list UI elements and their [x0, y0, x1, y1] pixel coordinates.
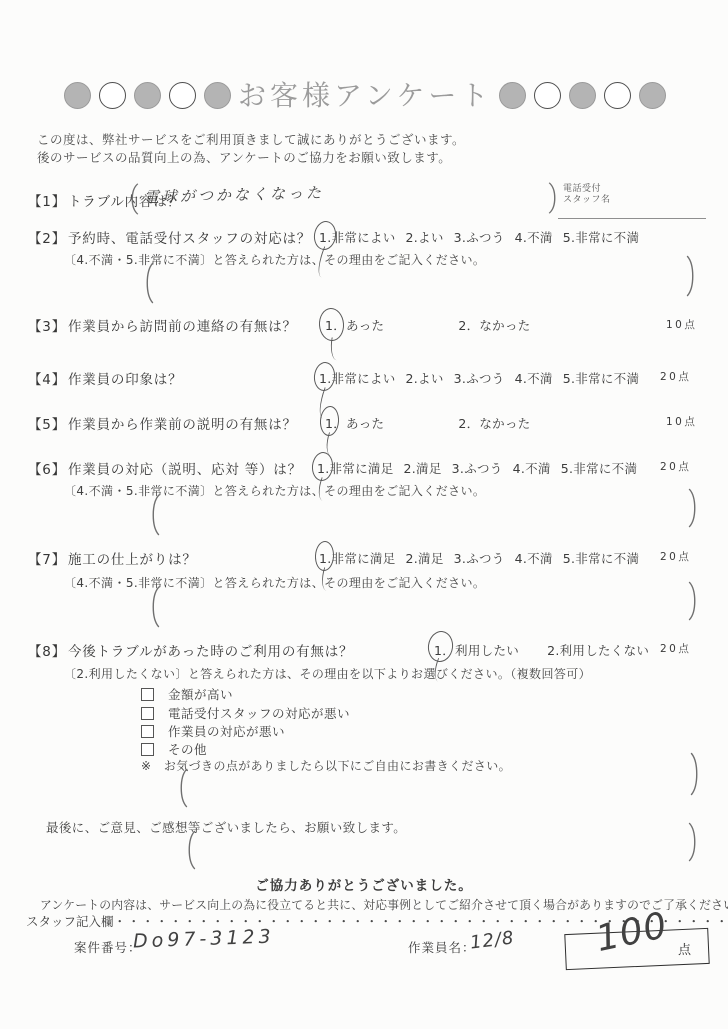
staff-entry-label: スタッフ記入欄: [26, 914, 114, 929]
question-3-text: 作業員から訪問前の連絡の有無は？: [68, 319, 297, 335]
survey-form-page: お客様アンケート この度は、弊社サービスをご利用頂きまして誠にありがとうございま…: [0, 0, 728, 1029]
checkbox-icon: [141, 707, 154, 720]
thanks-text: ご協力ありがとうございました。: [0, 874, 728, 894]
checkbox-label: 作業員の対応が悪い: [168, 722, 285, 740]
option: 5.非常に不満: [563, 369, 640, 387]
close-paren-icon: [690, 752, 702, 796]
question-4-number: 【4】: [28, 372, 66, 388]
option: 2.満足: [406, 549, 444, 567]
open-paren-icon: [148, 586, 160, 628]
option: 2．なかった: [458, 316, 530, 334]
case-number-label: 案件番号：: [74, 938, 142, 956]
close-paren-icon: [686, 255, 698, 297]
checkbox-row-other: その他: [141, 740, 207, 758]
case-number-handwritten: Do97-3123: [133, 926, 275, 953]
option: 4.不満: [515, 228, 553, 246]
decorative-dot-icon: [169, 82, 196, 109]
header-decoration-right: [499, 82, 666, 109]
final-request-text: 最後に、ご意見、ご感想等ございましたら、お願い致します。: [46, 818, 406, 836]
close-paren-icon: [688, 822, 700, 862]
question-5-options: 1．あった 2．なかった: [325, 414, 541, 432]
question-3-number: 【3】: [28, 319, 66, 335]
staff-label-line2: スタッフ名: [563, 195, 611, 206]
option: 5.非常に不満: [561, 459, 638, 477]
question-3-options: 1．あった 2．なかった: [325, 316, 541, 334]
score-unit-label: 点: [678, 939, 691, 958]
page-title: お客様アンケート: [238, 74, 492, 114]
question-6: 【6】作業員の対応（説明、応対 等）は？: [28, 458, 302, 478]
decorative-dot-icon: [569, 82, 596, 109]
staff-label-line1: 電話受付: [563, 184, 611, 195]
option: 2.よい: [406, 369, 444, 387]
question-6-note: 〔4.不満・5.非常に不満〕と答えられた方は、その理由をご記入ください。: [64, 482, 485, 499]
question-7-number: 【7】: [28, 552, 66, 568]
question-7-text: 施工の仕上がりは？: [68, 552, 197, 568]
question-6-number: 【6】: [28, 462, 66, 478]
option: 2．なかった: [458, 414, 530, 432]
decorative-dot-icon: [134, 82, 161, 109]
question-2-text: 予約時、電話受付スタッフの対応は？: [68, 231, 311, 247]
staff-name-blank-line: [558, 218, 706, 219]
disclaimer-text: アンケートの内容は、サービス向上の為に役立てると共に、対応事例としてご紹介させて…: [40, 896, 728, 913]
question-2-number: 【2】: [28, 231, 66, 247]
option: 3.ふつう: [454, 228, 505, 246]
question-5: 【5】作業員から作業前の説明の有無は？: [28, 413, 297, 433]
intro-line-1: この度は、弊社サービスをご利用頂きまして誠にありがとうございます。: [37, 131, 465, 149]
handwritten-circle-mark: [313, 361, 337, 392]
question-5-text: 作業員から作業前の説明の有無は？: [68, 417, 297, 433]
question-4: 【4】作業員の印象は？: [28, 368, 182, 388]
close-paren-icon: [548, 182, 560, 214]
intro-text: この度は、弊社サービスをご利用頂きまして誠にありがとうございます。 後のサービス…: [37, 131, 465, 166]
decorative-dot-icon: [639, 82, 666, 109]
open-paren-icon: [127, 183, 139, 215]
question-5-number: 【5】: [28, 417, 66, 433]
question-8-text: 今後トラブルがあった時のご利用の有無は？: [68, 644, 353, 660]
question-6-text: 作業員の対応（説明、応対 等）は？: [68, 462, 302, 478]
checkbox-icon: [141, 725, 154, 738]
handwritten-circle-mark: [318, 307, 345, 342]
checkbox-label: その他: [168, 740, 207, 758]
option: 5.非常に不満: [563, 549, 640, 567]
checkbox-row-price-high: 金額が高い: [141, 685, 233, 703]
open-paren-icon: [176, 768, 188, 808]
question-2: 【2】予約時、電話受付スタッフの対応は？: [28, 227, 311, 247]
question-7-score: 20点: [660, 549, 691, 564]
q1-handwritten-answer: 電球がつかなくなった: [144, 182, 325, 208]
question-8-number: 【8】: [28, 644, 66, 660]
handwritten-circle-mark: [312, 220, 338, 252]
open-paren-icon: [184, 830, 196, 870]
header-decoration-left: [64, 82, 231, 109]
decorative-dot-icon: [99, 82, 126, 109]
checkbox-icon: [141, 688, 154, 701]
close-paren-icon: [688, 581, 700, 621]
question-5-score: 10点: [666, 414, 697, 429]
question-1-number: 【1】: [28, 194, 66, 210]
question-8-score: 20点: [660, 641, 691, 656]
question-7-note: 〔4.不満・5.非常に不満〕と答えられた方は、その理由をご記入ください。: [64, 574, 485, 591]
question-8-free-note: ※ お気づきの点がありましたら以下にご自由にお書きください。: [141, 757, 511, 774]
question-4-options: 1.非常によい 2.よい 3.ふつう 4.不満 5.非常に不満: [319, 369, 649, 387]
checkbox-label: 電話受付スタッフの対応が悪い: [168, 704, 350, 722]
question-7: 【7】施工の仕上がりは？: [28, 548, 197, 568]
worker-name-label: 作業員名：: [408, 938, 476, 956]
question-8: 【8】今後トラブルがあった時のご利用の有無は？: [28, 640, 353, 660]
option: 2.利用したくない: [547, 641, 649, 659]
close-paren-icon: [688, 488, 700, 528]
open-paren-icon: [142, 262, 154, 304]
option: 4.不満: [515, 549, 553, 567]
option: 2.満足: [404, 459, 442, 477]
question-2-note: 〔4.不満・5.非常に不満〕と答えられた方は、その理由をご記入ください。: [64, 251, 485, 268]
question-3: 【3】作業員から訪問前の連絡の有無は？: [28, 315, 297, 335]
question-7-options: 1.非常に満足 2.満足 3.ふつう 4.不満 5.非常に不満: [319, 549, 649, 567]
checkbox-label: 金額が高い: [168, 685, 233, 703]
option: 4.不満: [515, 369, 553, 387]
question-8-note: 〔2.利用したくない〕と答えられた方は、その理由を以下よりお選びください。（複数…: [64, 665, 591, 682]
decorative-dot-icon: [64, 82, 91, 109]
question-4-text: 作業員の印象は？: [68, 372, 182, 388]
checkbox-row-phone-staff-bad: 電話受付スタッフの対応が悪い: [141, 704, 350, 722]
option: 2.よい: [406, 228, 444, 246]
worker-name-handwritten: 12/8: [469, 927, 516, 953]
option: 3.ふつう: [452, 459, 503, 477]
option: 5.非常に不満: [563, 228, 640, 246]
question-8-options: 1．利用したい 2.利用したくない: [434, 641, 659, 659]
decorative-dot-icon: [604, 82, 631, 109]
question-6-score: 20点: [660, 459, 691, 474]
option: 3.ふつう: [454, 549, 505, 567]
decorative-dot-icon: [534, 82, 561, 109]
question-2-options: 1.非常によい 2.よい 3.ふつう 4.不満 5.非常に不満: [319, 228, 649, 246]
checkbox-icon: [141, 743, 154, 756]
decorative-dot-icon: [499, 82, 526, 109]
intro-line-2: 後のサービスの品質向上の為、アンケートのご協力をお願い致します。: [37, 149, 465, 167]
phone-reception-staff-label: 電話受付 スタッフ名: [563, 184, 611, 206]
question-3-score: 10点: [666, 317, 697, 332]
option: 4.不満: [513, 459, 551, 477]
option: 3.ふつう: [454, 369, 505, 387]
open-paren-icon: [148, 494, 160, 536]
decorative-dot-icon: [204, 82, 231, 109]
question-4-score: 20点: [660, 369, 691, 384]
checkbox-row-worker-bad: 作業員の対応が悪い: [141, 722, 285, 740]
question-6-options: 1.非常に満足 2.満足 3.ふつう 4.不満 5.非常に不満: [317, 459, 647, 477]
